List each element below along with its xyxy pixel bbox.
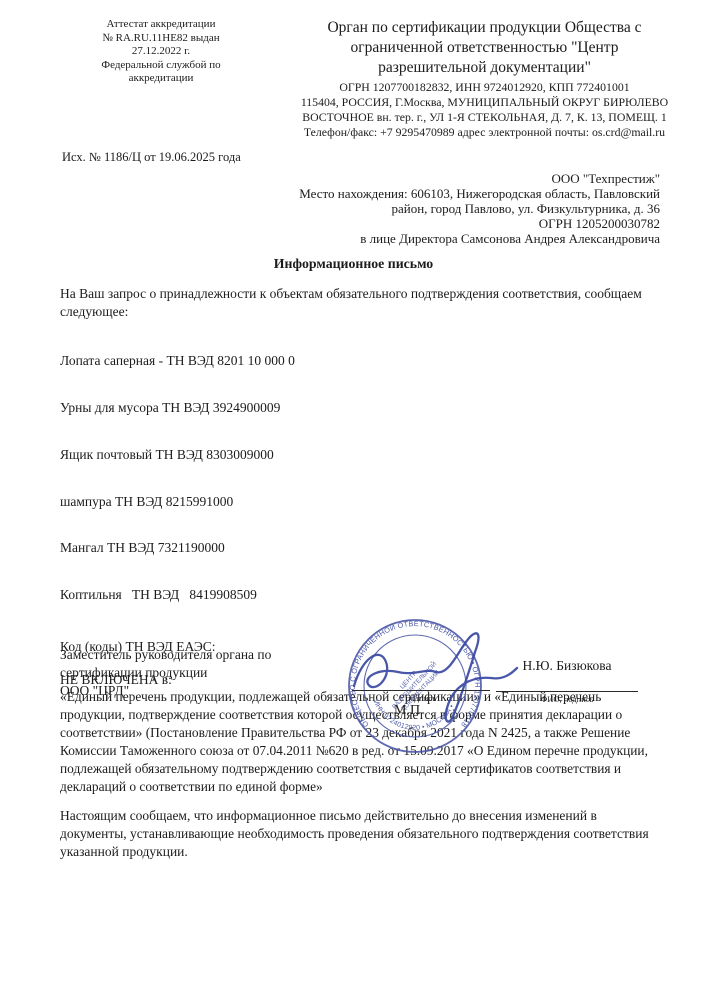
accreditation-line: № RA.RU.11НЕ82 выдан [72, 32, 250, 46]
handwritten-signature-icon [340, 628, 530, 728]
product-line: Коптильня ТН ВЭД 8419908509 [60, 587, 659, 603]
accreditation-line: Аттестат аккредитации [72, 18, 250, 32]
name-caption: ФИО, подпись [496, 694, 638, 704]
signer-position-line: ООО "ЦРД" [60, 682, 271, 700]
recipient-block: ООО "Техпрестиж" Место нахождения: 60610… [0, 171, 660, 246]
org-header-block: Орган по сертификации продукции Общества… [250, 18, 693, 140]
org-detail-line: Телефон/факс: +7 9295470989 адрес электр… [276, 125, 693, 140]
outgoing-reference: Исх. № 1186/Ц от 19.06.2025 года [62, 150, 707, 165]
signer-position-block: Заместитель руководителя органа по серти… [60, 646, 271, 700]
letter-title: Информационное письмо [0, 256, 707, 272]
intro-paragraph: На Ваш запрос о принадлежности к объекта… [60, 285, 659, 320]
recipient-line: в лице Директора Самсонова Андрея Алекса… [0, 231, 660, 246]
product-line: шампура ТН ВЭД 8215991000 [60, 494, 659, 510]
accreditation-line: аккредитации [72, 72, 250, 86]
name-line [496, 691, 638, 692]
org-name-line: разрешительной документации" [276, 58, 693, 78]
product-line: Урны для мусора ТН ВЭД 3924900009 [60, 400, 659, 416]
product-line: Лопата саперная - ТН ВЭД 8201 10 000 0 [60, 353, 659, 369]
signer-position-line: сертификации продукции [60, 664, 271, 682]
org-details: ОГРН 1207700182832, ИНН 9724012920, КПП … [276, 80, 693, 140]
org-detail-line: ВОСТОЧНОЕ вн. тер. г., УЛ 1-Я СТЕКОЛЬНАЯ… [276, 110, 693, 125]
signer-name: Н.Ю. Бизюкова [486, 658, 648, 674]
org-name-line: Орган по сертификации продукции Общества… [276, 18, 693, 38]
signature-area: Заместитель руководителя органа по серти… [0, 616, 707, 786]
product-line: Мангал ТН ВЭД 7321190000 [60, 540, 659, 556]
accreditation-line: 27.12.2022 г. [72, 45, 250, 59]
product-list: Лопата саперная - ТН ВЭД 8201 10 000 0 У… [60, 322, 659, 634]
stamp-place-label: М.П. [394, 703, 424, 719]
recipient-line: ОГРН 1205200030782 [0, 216, 660, 231]
signature-caption: подпись [352, 693, 490, 703]
accreditation-line: Федеральной службой по [72, 59, 250, 73]
signature-line [352, 690, 490, 691]
org-name: Орган по сертификации продукции Общества… [276, 18, 693, 78]
document-page: Аттестат аккредитации № RA.RU.11НЕ82 выд… [0, 0, 707, 1000]
org-name-line: ограниченной ответственностью "Центр [276, 38, 693, 58]
validity-paragraph: Настоящим сообщаем, что информационное п… [60, 807, 656, 861]
org-detail-line: ОГРН 1207700182832, ИНН 9724012920, КПП … [276, 80, 693, 95]
recipient-line: Место нахождения: 606103, Нижегородская … [0, 186, 660, 201]
signer-position-line: Заместитель руководителя органа по [60, 646, 271, 664]
accreditation-block: Аттестат аккредитации № RA.RU.11НЕ82 выд… [72, 18, 250, 140]
product-line: Ящик почтовый ТН ВЭД 8303009000 [60, 447, 659, 463]
recipient-line: ООО "Техпрестиж" [0, 171, 660, 186]
org-detail-line: 115404, РОССИЯ, Г.Москва, МУНИЦИПАЛЬНЫЙ … [276, 95, 693, 110]
recipient-line: район, город Павлово, ул. Физкультурника… [0, 201, 660, 216]
letterhead: Аттестат аккредитации № RA.RU.11НЕ82 выд… [0, 18, 707, 140]
